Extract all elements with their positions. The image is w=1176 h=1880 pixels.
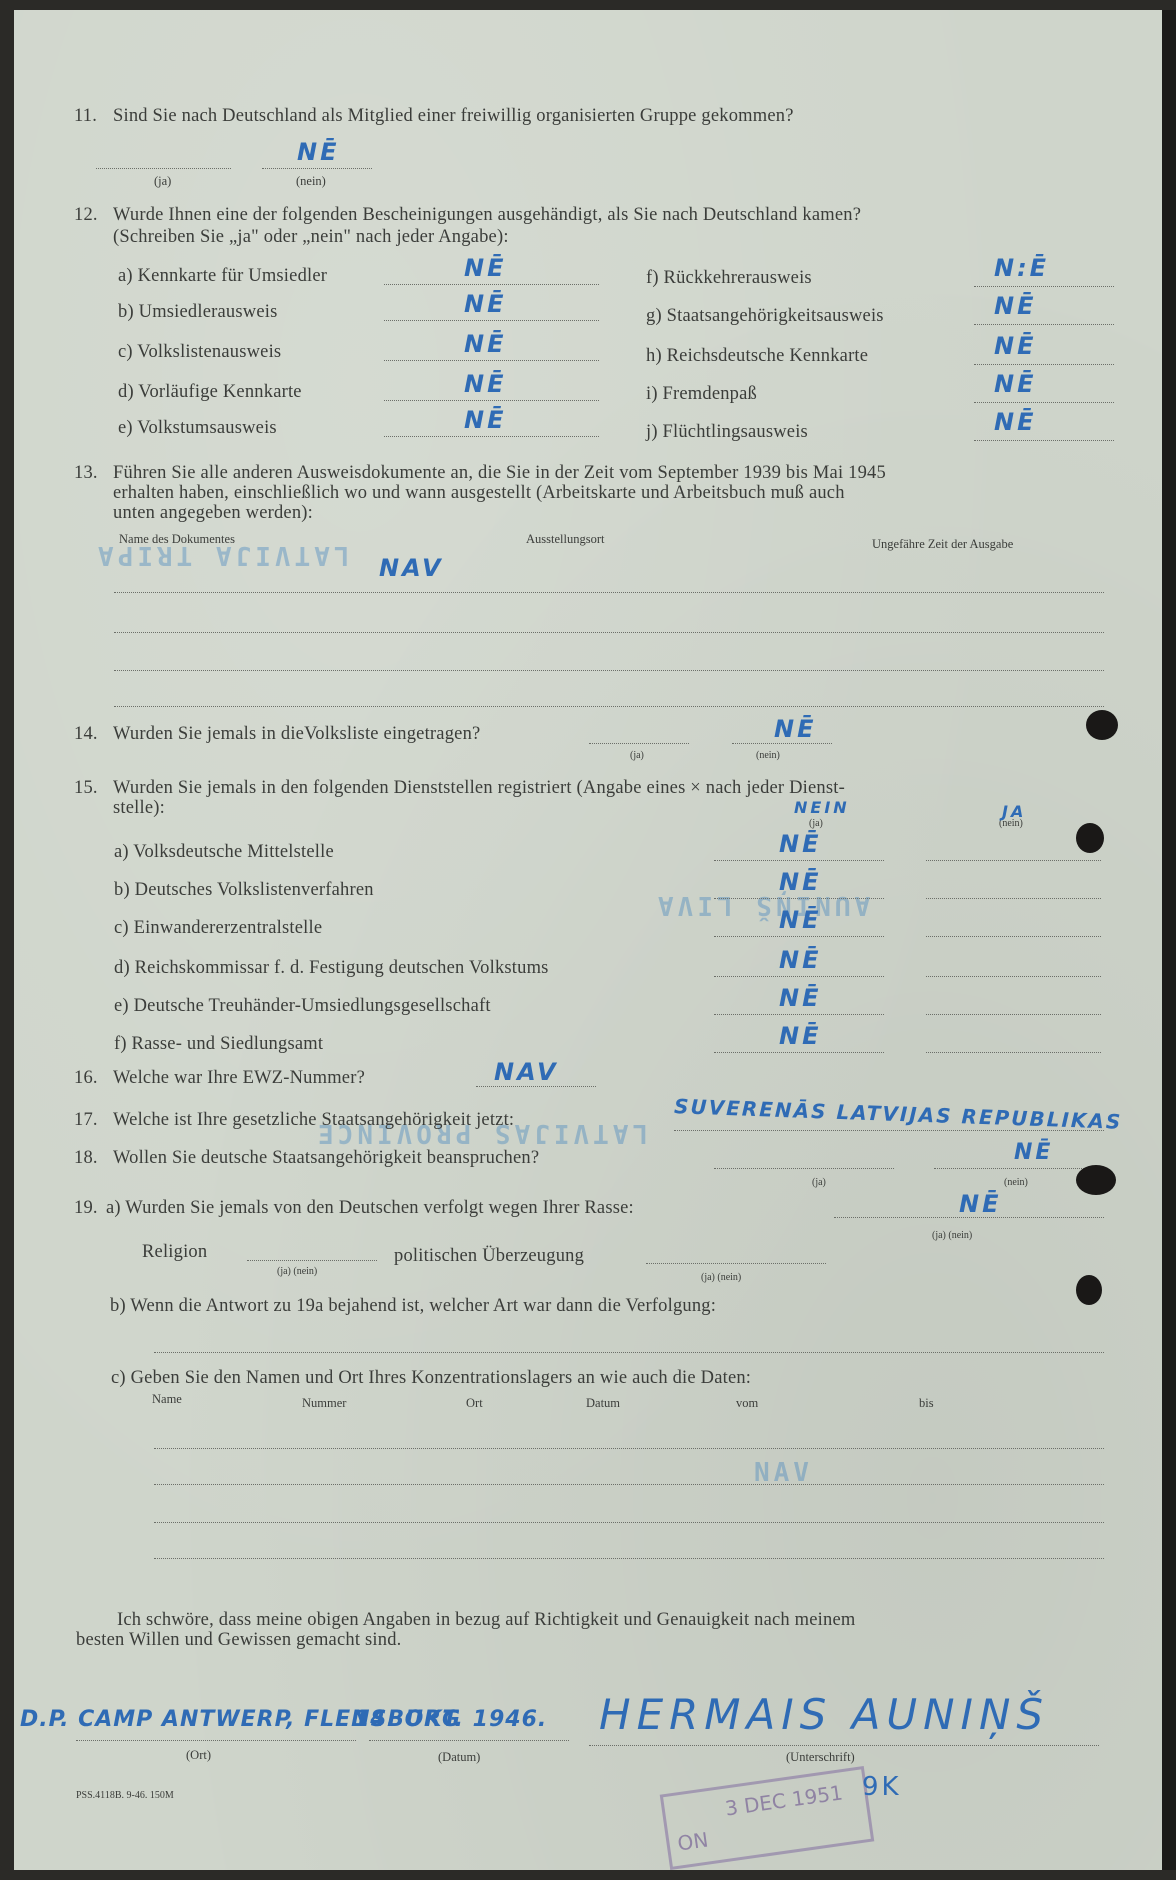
q12-item-field[interactable] [974, 286, 1114, 287]
q13-row-field[interactable] [114, 632, 1104, 633]
signature-date: 14. OKT. 1946. [354, 1707, 547, 1732]
q11-ja-field[interactable] [96, 168, 231, 169]
q15-question-line2: stelle): [113, 798, 165, 819]
q19c-row-field[interactable] [154, 1448, 1104, 1449]
q12-item-answer: N:Ē [994, 254, 1049, 282]
q18-ja-label: (ja) [812, 1177, 826, 1188]
q12-item-answer: NĒ [994, 370, 1036, 398]
q15-nein-field[interactable] [926, 860, 1101, 861]
oath-line1: Ich schwöre, dass meine obigen Angaben i… [117, 1610, 855, 1631]
place-label: (Ort) [186, 1748, 211, 1763]
q19c-column-header: Datum [586, 1396, 620, 1411]
q15-item-label: d) Reichskommissar f. d. Festigung deuts… [114, 958, 549, 979]
q11-answer: NĒ [297, 138, 339, 166]
q12-item-field[interactable] [384, 400, 599, 401]
q15-ja-field[interactable] [714, 1014, 884, 1015]
q15-nein-field[interactable] [926, 1014, 1101, 1015]
q12-item-field[interactable] [384, 360, 599, 361]
q13-col-document: Name des Dokumentes [119, 532, 235, 547]
q15-number: 15. [74, 778, 98, 799]
q17-number: 17. [74, 1110, 98, 1131]
q19-political-label: politischen Überzeugung [394, 1246, 584, 1267]
q15-ja-field[interactable] [714, 898, 884, 899]
q12-item-answer: NĒ [464, 290, 506, 318]
q19-religion-janein: (ja) (nein) [277, 1266, 317, 1277]
form-page: LATVIJA TRIPA AUNIŅŠ LIVA LATVIJAS PROVI… [14, 10, 1176, 1870]
date-label: (Datum) [438, 1750, 480, 1765]
signature-field[interactable] [589, 1745, 1099, 1746]
q11-question: Sind Sie nach Deutschland als Mitglied e… [113, 106, 794, 127]
q13-row-field[interactable] [114, 670, 1104, 671]
q19c-column-header: Ort [466, 1396, 483, 1411]
punch-hole [1086, 710, 1118, 740]
q19c-column-header: vom [736, 1396, 758, 1411]
place-field[interactable] [76, 1740, 356, 1741]
punch-hole [1076, 1165, 1116, 1195]
signature-label: (Unterschrift) [786, 1750, 855, 1765]
q12-item-label: i) Fremdenpaß [646, 384, 757, 405]
q15-item-label: b) Deutsches Volkslistenverfahren [114, 880, 374, 901]
q13-question-line1: Führen Sie alle anderen Ausweisdokumente… [113, 463, 886, 484]
q15-item-answer: NĒ [779, 984, 821, 1012]
q11-ja-label: (ja) [154, 174, 171, 189]
q15-item-label: c) Einwandererzentralstelle [114, 918, 322, 939]
q13-question-line3: unten angegeben werden): [113, 503, 313, 524]
q14-answer: NĒ [774, 715, 816, 743]
q15-item-answer: NĒ [779, 868, 821, 896]
q19-number: 19. [74, 1198, 98, 1219]
received-stamp: ON 3 DEC 1951 [660, 1766, 875, 1870]
q19-religion-label: Religion [142, 1242, 207, 1263]
q13-col-place: Ausstellungsort [526, 532, 604, 547]
q12-item-label: b) Umsiedlerausweis [118, 302, 277, 323]
q12-item-label: c) Volkslistenausweis [118, 342, 281, 363]
q14-nein-field[interactable] [732, 743, 832, 744]
q12-question: Wurde Ihnen eine der folgenden Bescheini… [113, 205, 861, 226]
q13-row-field[interactable] [114, 706, 1104, 707]
q12-item-answer: NĒ [994, 332, 1036, 360]
q12-item-field[interactable] [384, 320, 599, 321]
q17-question: Welche ist Ihre gesetzliche Staatsangehö… [113, 1110, 514, 1131]
q15-item-label: e) Deutsche Treuhänder-Umsiedlungsgesell… [114, 996, 491, 1017]
q19a-question: a) Wurden Sie jemals von den Deutschen v… [106, 1198, 634, 1219]
q15-item-answer: NĒ [779, 906, 821, 934]
q15-question-line1: Wurden Sie jemals in den folgenden Diens… [113, 778, 845, 799]
q15-ja-field[interactable] [714, 860, 884, 861]
q19c-row-field[interactable] [154, 1484, 1104, 1485]
q19b-question: b) Wenn die Antwort zu 19a bejahend ist,… [110, 1296, 716, 1317]
q12-item-field[interactable] [384, 284, 599, 285]
q16-field[interactable] [476, 1086, 596, 1087]
q12-item-field[interactable] [974, 324, 1114, 325]
q14-number: 14. [74, 724, 98, 745]
q12-item-label: e) Volkstumsausweis [118, 418, 277, 439]
oath-line2: besten Willen und Gewissen gemacht sind. [76, 1630, 401, 1651]
received-stamp-date: 3 DEC 1951 [724, 1780, 845, 1820]
q12-item-answer: NĒ [464, 370, 506, 398]
q18-nein-field[interactable] [934, 1168, 1084, 1169]
q12-item-label: g) Staatsangehörigkeitsausweis [646, 306, 884, 327]
q12-item-label: h) Reichsdeutsche Kennkarte [646, 346, 868, 367]
faded-stamp-mark: AUNIŅŠ LIVA [654, 890, 870, 920]
q13-question-line2: erhalten haben, einschließlich wo und wa… [113, 483, 845, 504]
q12-item-answer: NĒ [464, 330, 506, 358]
q12-item-label: f) Rückkehrerausweis [646, 268, 812, 289]
q18-number: 18. [74, 1148, 98, 1169]
date-field[interactable] [369, 1740, 569, 1741]
q12-item-label: j) Flüchtlingsausweis [646, 422, 808, 443]
q19c-question: c) Geben Sie den Namen und Ort Ihres Kon… [111, 1368, 751, 1389]
q19c-answer: NAV [754, 1458, 813, 1488]
q15-ja-field[interactable] [714, 976, 884, 977]
punch-hole [1076, 823, 1104, 853]
q15-nein-field[interactable] [926, 898, 1101, 899]
q15-ja-field[interactable] [714, 936, 884, 937]
q12-item-field[interactable] [974, 364, 1114, 365]
q19-political-janein: (ja) (nein) [701, 1272, 741, 1283]
q15-col-ja-label: (ja) [809, 818, 823, 829]
q12-item-field[interactable] [384, 436, 599, 437]
q19a-janein-label: (ja) (nein) [932, 1230, 972, 1241]
q19c-row-field[interactable] [154, 1558, 1104, 1559]
q13-number: 13. [74, 463, 98, 484]
q16-number: 16. [74, 1068, 98, 1089]
received-initials: 9K [862, 1772, 902, 1802]
q13-row-field[interactable] [114, 592, 1104, 593]
q15-nein-field[interactable] [926, 936, 1101, 937]
received-stamp-prefix: ON [676, 1828, 710, 1856]
q19c-row-field[interactable] [154, 1522, 1104, 1523]
q12-instructions: (Schreiben Sie „ja" oder „nein" nach jed… [113, 227, 509, 248]
form-code: PSS.4118B. 9-46. 150M [76, 1790, 174, 1801]
q12-item-label: d) Vorläufige Kennkarte [118, 382, 302, 403]
q15-item-answer: NĒ [779, 1022, 821, 1050]
q15-item-answer: NĒ [779, 830, 821, 858]
q12-item-answer: NĒ [464, 254, 506, 282]
q12-item-answer: NĒ [464, 406, 506, 434]
q18-answer: NĒ [1014, 1140, 1053, 1165]
q15-col-nein-handwritten: JA [1002, 802, 1026, 821]
q11-number: 11. [74, 106, 97, 127]
q14-ja-field[interactable] [589, 743, 689, 744]
q19-political-field[interactable] [646, 1263, 826, 1264]
q13-col-time: Ungefähre Zeit der Ausgabe [872, 537, 1013, 552]
q18-nein-label: (nein) [1004, 1177, 1028, 1188]
q14-question: Wurden Sie jemals in dieVolksliste einge… [113, 724, 480, 745]
q18-ja-field[interactable] [714, 1168, 894, 1169]
q15-nein-field[interactable] [926, 976, 1101, 977]
q15-item-answer: NĒ [779, 946, 821, 974]
q15-item-label: a) Volksdeutsche Mittelstelle [114, 842, 334, 863]
q15-ja-field[interactable] [714, 1052, 884, 1053]
q15-nein-field[interactable] [926, 1052, 1101, 1053]
q18-question: Wollen Sie deutsche Staatsangehörigkeit … [113, 1148, 539, 1169]
q19c-column-header: Name [152, 1392, 182, 1407]
q12-item-answer: NĒ [994, 292, 1036, 320]
q14-ja-label: (ja) [630, 750, 644, 761]
q14-nein-label: (nein) [756, 750, 780, 761]
signature: HERMAIS AUNIŅŠ [599, 1690, 1049, 1739]
q16-question: Welche war Ihre EWZ-Nummer? [113, 1068, 365, 1089]
q11-nein-label: (nein) [296, 174, 326, 189]
q12-item-field[interactable] [974, 402, 1114, 403]
q12-item-label: a) Kennkarte für Umsiedler [118, 266, 327, 287]
q13-answer: NAV [379, 554, 444, 582]
punch-hole [1076, 1275, 1102, 1305]
q11-nein-field[interactable] [262, 168, 372, 169]
q12-item-answer: NĒ [994, 408, 1036, 436]
q12-item-field[interactable] [974, 440, 1114, 441]
q19c-column-header: Nummer [302, 1396, 346, 1411]
q15-item-label: f) Rasse- und Siedlungsamt [114, 1034, 323, 1055]
q17-answer: SUVERENĀS LATVIJAS REPUBLIKAS [674, 1094, 1123, 1134]
q16-answer: NAV [494, 1058, 559, 1086]
q19a-answer: NĒ [959, 1190, 1001, 1218]
q12-number: 12. [74, 205, 98, 226]
q19-religion-field[interactable] [247, 1260, 377, 1261]
q15-col-ja-handwritten: NEIN [794, 798, 850, 817]
q19c-column-header: bis [919, 1396, 934, 1411]
q19b-field[interactable] [154, 1352, 1104, 1353]
